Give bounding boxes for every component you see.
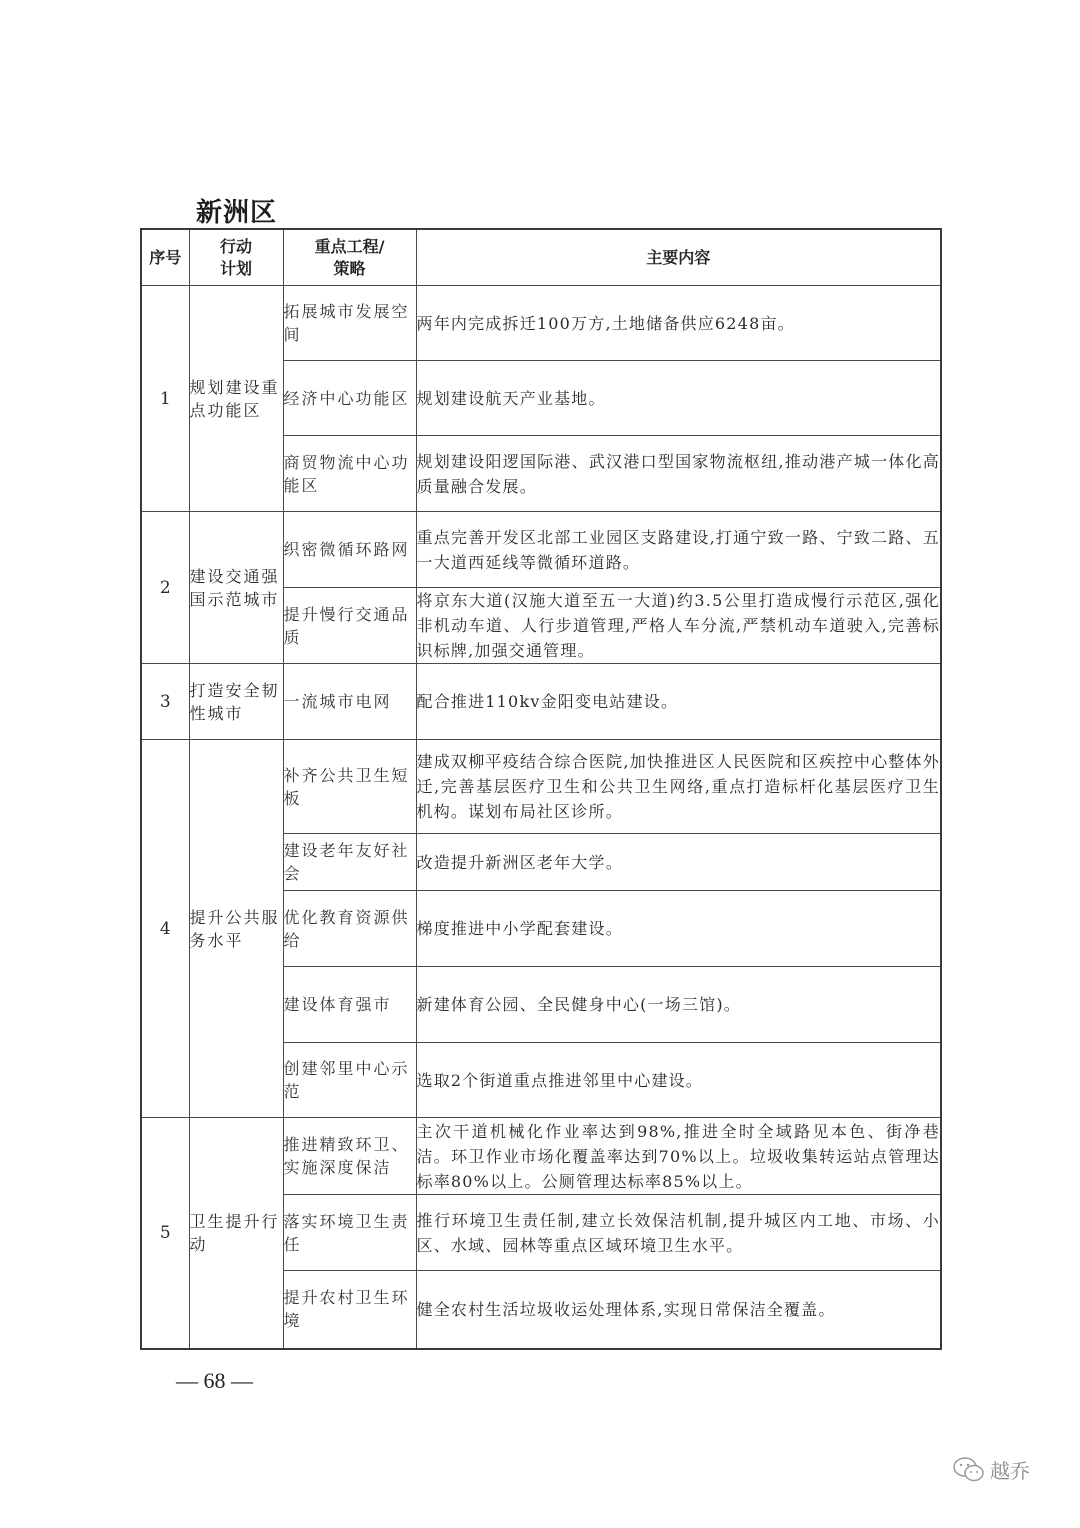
action-plan-cell: 提升公共服务水平 xyxy=(189,740,283,1118)
row-number: 1 xyxy=(141,286,189,512)
content-cell: 两年内完成拆迁100万方,土地储备供应6248亩。 xyxy=(416,286,941,361)
project-cell: 提升慢行交通品质 xyxy=(283,588,416,664)
action-plan-cell: 打造安全韧性城市 xyxy=(189,664,283,740)
project-cell: 一流城市电网 xyxy=(283,664,416,740)
row-number: 3 xyxy=(141,664,189,740)
project-cell: 落实环境卫生责任 xyxy=(283,1195,416,1271)
content-cell: 健全农村生活垃圾收运处理体系,实现日常保洁全覆盖。 xyxy=(416,1271,941,1349)
content-cell: 推行环境卫生责任制,建立长效保洁机制,提升城区内工地、市场、小区、水域、园林等重… xyxy=(416,1195,941,1271)
table-row: 3 打造安全韧性城市 一流城市电网 配合推进110kv金阳变电站建设。 xyxy=(141,664,941,740)
project-cell: 创建邻里中心示范 xyxy=(283,1043,416,1118)
project-cell: 拓展城市发展空间 xyxy=(283,286,416,361)
header-no: 序号 xyxy=(141,229,189,286)
table-row: 5 卫生提升行动 推进精致环卫、实施深度保洁 主次干道机械化作业率达到98%,推… xyxy=(141,1118,941,1195)
table-row: 2 建设交通强国示范城市 织密微循环路网 重点完善开发区北部工业园区支路建设,打… xyxy=(141,512,941,588)
content-cell: 建成双柳平疫结合综合医院,加快推进区人民医院和区疾控中心整体外迁,完善基层医疗卫… xyxy=(416,740,941,834)
watermark: 越乔 xyxy=(952,1455,1030,1484)
action-plan-cell: 建设交通强国示范城市 xyxy=(189,512,283,664)
content-cell: 规划建设阳逻国际港、武汉港口型国家物流枢纽,推动港产城一体化高质量融合发展。 xyxy=(416,436,941,512)
content-cell: 梯度推进中小学配套建设。 xyxy=(416,891,941,967)
project-cell: 商贸物流中心功能区 xyxy=(283,436,416,512)
action-plan-cell: 规划建设重点功能区 xyxy=(189,286,283,512)
row-number: 5 xyxy=(141,1118,189,1349)
action-plan-table: 序号 行动 计划 重点工程/ 策略 主要内容 1 规划建设重点功能区 拓展城市发… xyxy=(140,228,942,1350)
project-cell: 经济中心功能区 xyxy=(283,361,416,436)
district-title: 新洲区 xyxy=(196,192,277,229)
project-cell: 建设老年友好社会 xyxy=(283,834,416,891)
header-action-plan-label: 行动 计划 xyxy=(190,236,283,280)
project-cell: 优化教育资源供给 xyxy=(283,891,416,967)
content-cell: 规划建设航天产业基地。 xyxy=(416,361,941,436)
table-row: 1 规划建设重点功能区 拓展城市发展空间 两年内完成拆迁100万方,土地储备供应… xyxy=(141,286,941,361)
page-number: — 68 — xyxy=(176,1368,253,1394)
content-cell: 将京东大道(汉施大道至五一大道)约3.5公里打造成慢行示范区,强化非机动车道、人… xyxy=(416,588,941,664)
row-number: 4 xyxy=(141,740,189,1118)
content-cell: 新建体育公园、全民健身中心(一场三馆)。 xyxy=(416,967,941,1043)
project-cell: 推进精致环卫、实施深度保洁 xyxy=(283,1118,416,1195)
content-cell: 主次干道机械化作业率达到98%,推进全时全域路见本色、街净巷洁。环卫作业市场化覆… xyxy=(416,1118,941,1195)
content-cell: 改造提升新洲区老年大学。 xyxy=(416,834,941,891)
header-project-label: 重点工程/ 策略 xyxy=(284,236,416,280)
action-plan-cell: 卫生提升行动 xyxy=(189,1118,283,1349)
watermark-label: 越乔 xyxy=(990,1455,1030,1484)
content-cell: 选取2个街道重点推进邻里中心建设。 xyxy=(416,1043,941,1118)
project-cell: 建设体育强市 xyxy=(283,967,416,1043)
header-project: 重点工程/ 策略 xyxy=(283,229,416,286)
content-cell: 配合推进110kv金阳变电站建设。 xyxy=(416,664,941,740)
table-row: 4 提升公共服务水平 补齐公共卫生短板 建成双柳平疫结合综合医院,加快推进区人民… xyxy=(141,740,941,834)
header-action-plan: 行动 计划 xyxy=(189,229,283,286)
project-cell: 织密微循环路网 xyxy=(283,512,416,588)
project-cell: 提升农村卫生环境 xyxy=(283,1271,416,1349)
row-number: 2 xyxy=(141,512,189,664)
content-cell: 重点完善开发区北部工业园区支路建设,打通宁致一路、宁致二路、五一大道西延线等微循… xyxy=(416,512,941,588)
table-header-row: 序号 行动 计划 重点工程/ 策略 主要内容 xyxy=(141,229,941,286)
wechat-icon xyxy=(952,1456,986,1484)
header-content: 主要内容 xyxy=(416,229,941,286)
project-cell: 补齐公共卫生短板 xyxy=(283,740,416,834)
